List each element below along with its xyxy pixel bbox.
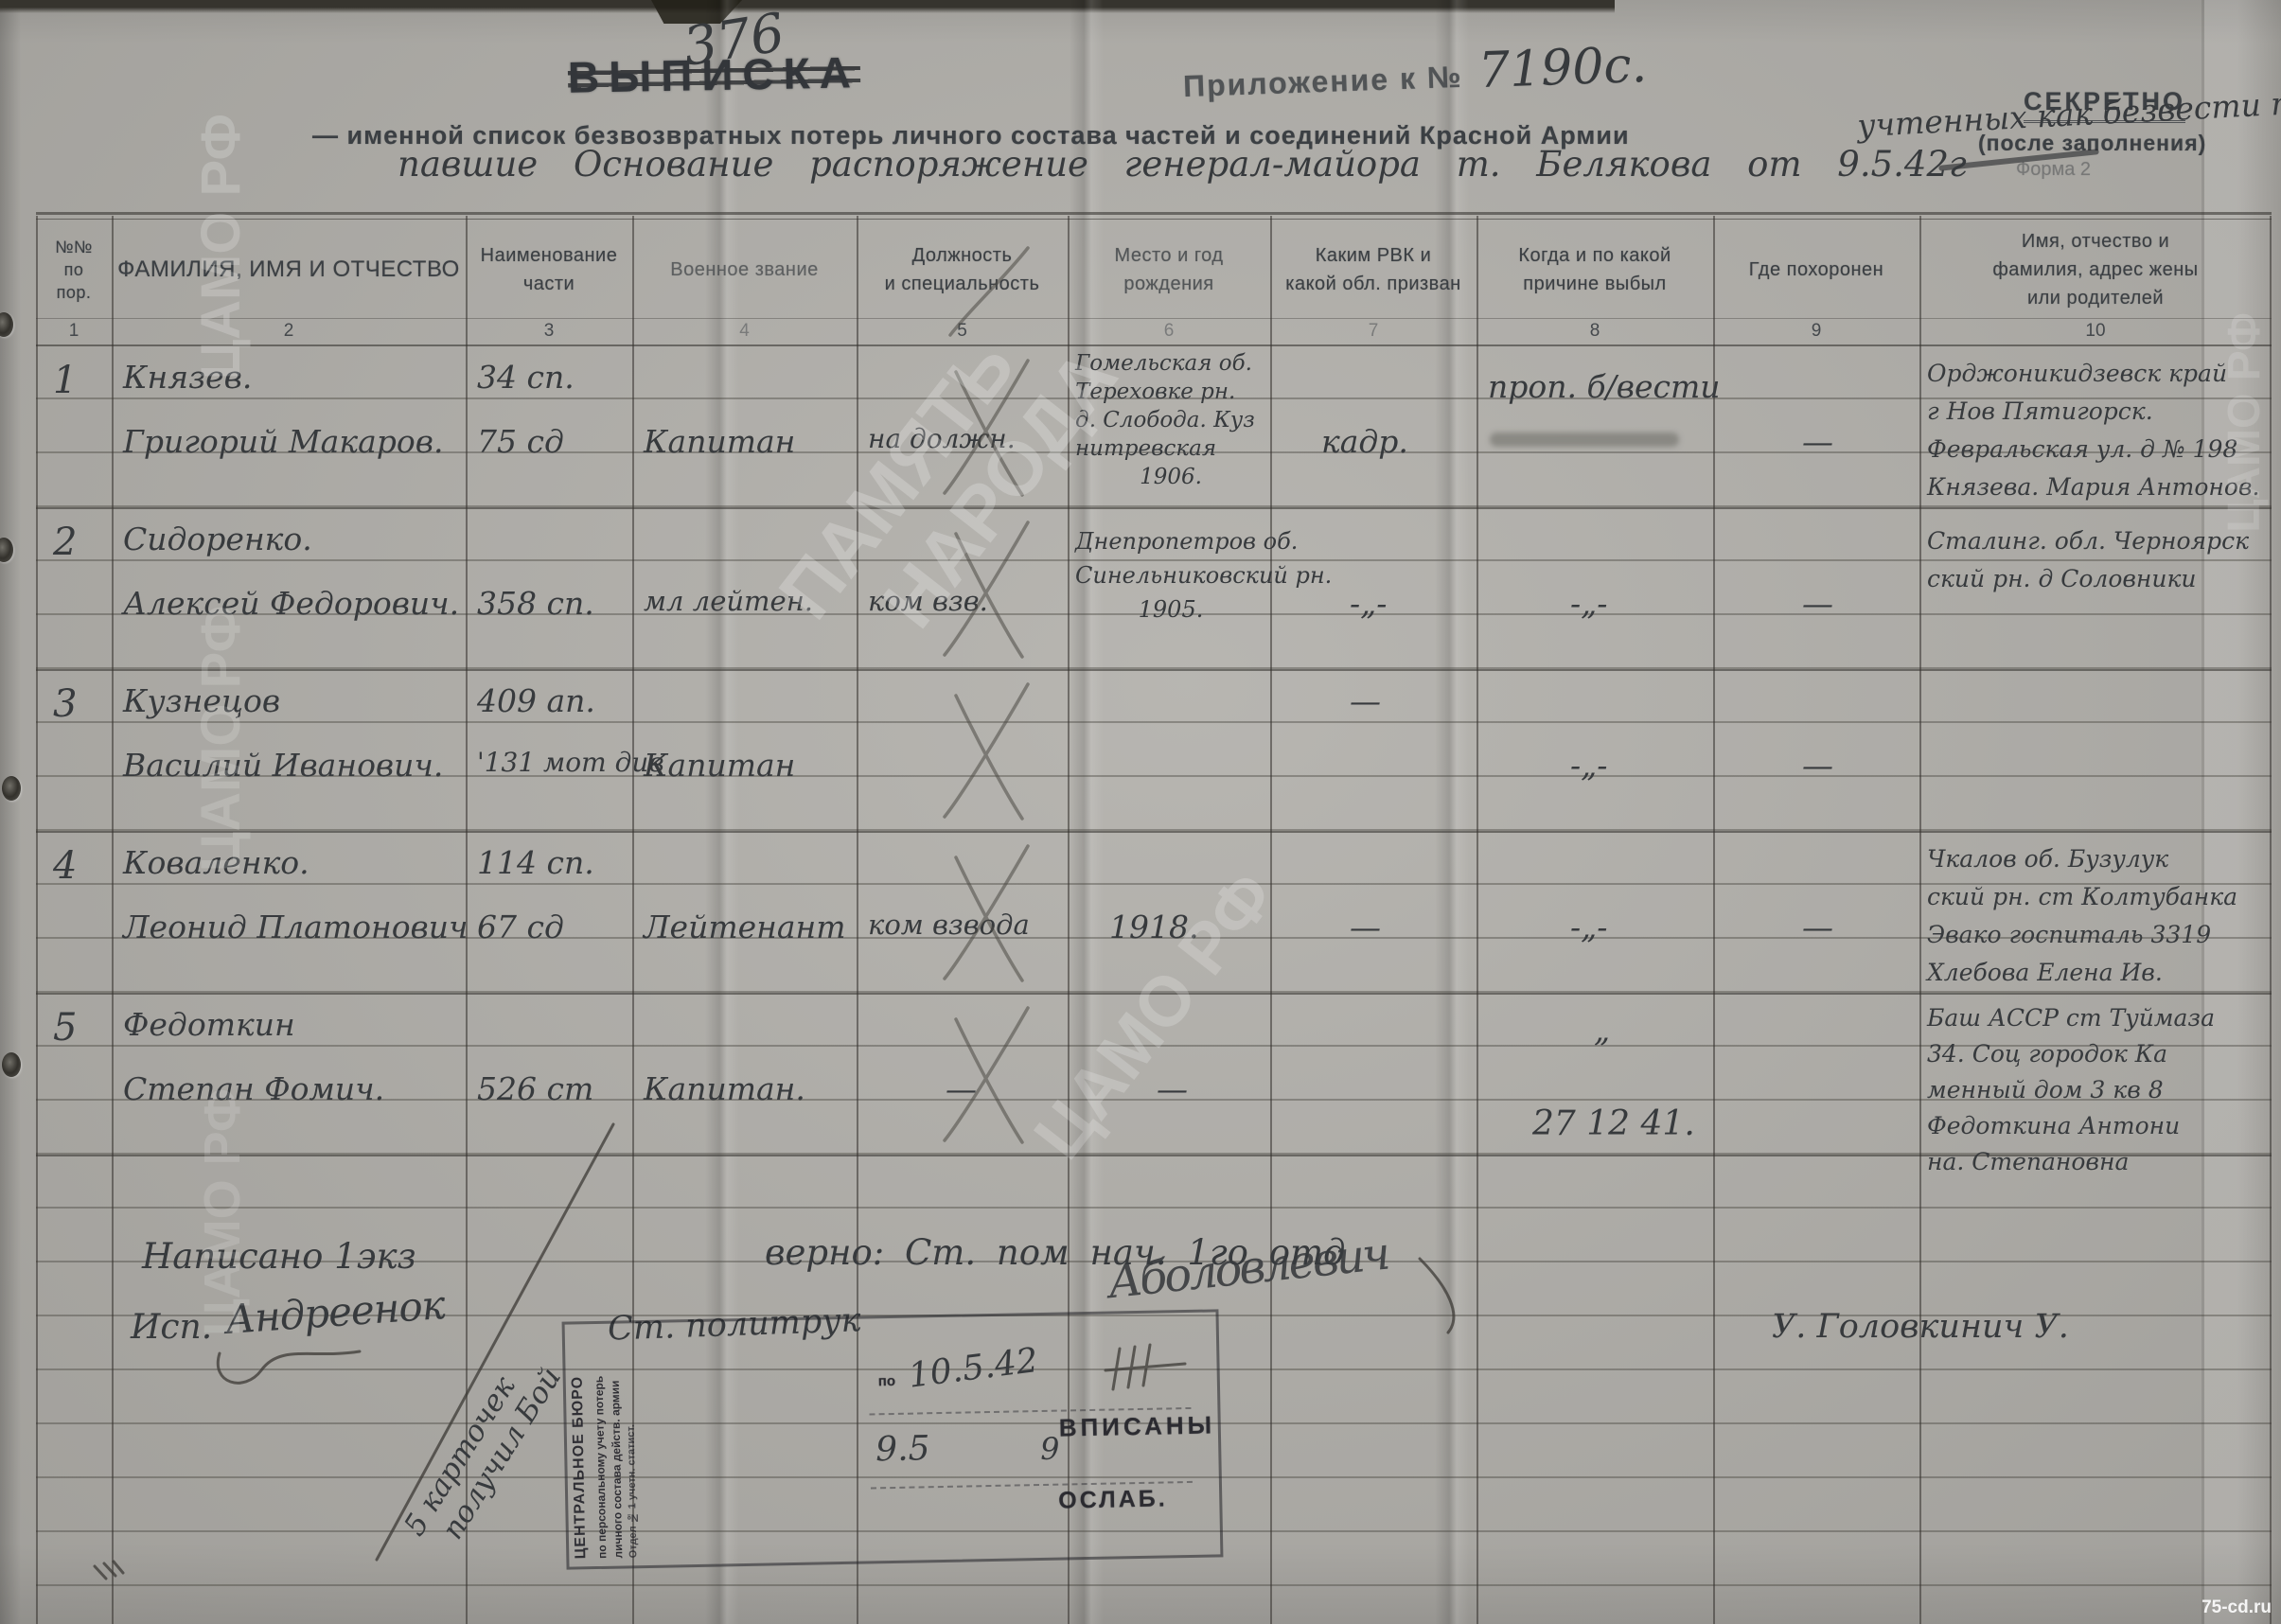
pencil-strokes-overlay bbox=[0, 0, 2281, 1624]
ink-strokes bbox=[95, 1124, 1454, 1579]
document-page: 376 ВЫПИСКА Приложение к № 7190с. СЕКРЕТ… bbox=[0, 0, 2281, 1624]
corner-site-mark: 75-cd.ru bbox=[2201, 1598, 2272, 1618]
cross-marks bbox=[945, 248, 1028, 1142]
